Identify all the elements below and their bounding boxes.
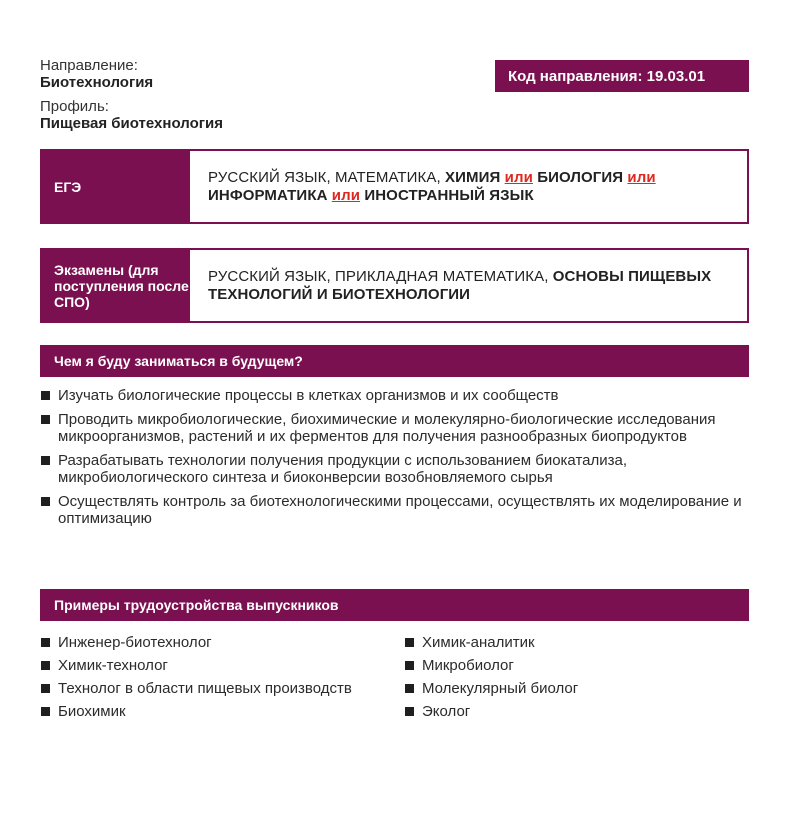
subject-text: ХИМИЯ bbox=[445, 169, 500, 186]
list-item: Проводить микробиологические, биохимичес… bbox=[40, 411, 749, 446]
list-item: Химик-аналитик bbox=[404, 634, 749, 652]
exam-row-ege: ЕГЭ РУССКИЙ ЯЗЫК, МАТЕМАТИКА, ХИМИЯ или … bbox=[40, 149, 749, 224]
list-item-text: Молекулярный биолог bbox=[422, 680, 578, 697]
jobs-column-2: Химик-аналитикМикробиологМолекулярный би… bbox=[404, 634, 749, 726]
bullet-square-icon bbox=[41, 684, 50, 693]
profile-label: Профиль: bbox=[40, 98, 109, 116]
jobs-list-2: Химик-аналитикМикробиологМолекулярный би… bbox=[404, 634, 749, 721]
list-item-text: Проводить микробиологические, биохимичес… bbox=[58, 411, 715, 446]
bullet-square-icon bbox=[405, 684, 414, 693]
subject-text: ИНФОРМАТИКА bbox=[208, 187, 328, 204]
list-item-text: Инженер-биотехнолог bbox=[58, 634, 212, 651]
bullet-square-icon bbox=[405, 661, 414, 670]
list-item-text: Микробиолог bbox=[422, 657, 514, 674]
exam-subjects: РУССКИЙ ЯЗЫК, ПРИКЛАДНАЯ МАТЕМАТИКА, ОСН… bbox=[190, 250, 747, 321]
exam-row-title: ЕГЭ bbox=[42, 151, 190, 222]
future-list: Изучать биологические процессы в клетках… bbox=[40, 387, 749, 528]
jobs-section-heading: Примеры трудоустройства выпускников bbox=[40, 589, 749, 621]
list-item-text: Эколог bbox=[422, 703, 470, 720]
bullet-square-icon bbox=[41, 497, 50, 506]
subject-text: РУССКИЙ ЯЗЫК, ПРИКЛАДНАЯ МАТЕМАТИКА, bbox=[208, 268, 553, 285]
list-item: Изучать биологические процессы в клетках… bbox=[40, 387, 749, 405]
exam-subjects: РУССКИЙ ЯЗЫК, МАТЕМАТИКА, ХИМИЯ или БИОЛ… bbox=[190, 151, 747, 222]
list-item-text: Осуществлять контроль за биотехнологичес… bbox=[58, 493, 742, 528]
jobs-list-1: Инженер-биотехнологХимик-технологТехноло… bbox=[40, 634, 400, 721]
subject-text: РУССКИЙ ЯЗЫК, МАТЕМАТИКА, bbox=[208, 169, 445, 186]
future-list-container: Изучать биологические процессы в клетках… bbox=[40, 387, 749, 534]
direction-label: Направление: bbox=[40, 57, 138, 75]
bullet-square-icon bbox=[41, 638, 50, 647]
subject-text: БИОЛОГИЯ bbox=[537, 169, 623, 186]
direction-value: Биотехнология bbox=[40, 74, 153, 92]
bullet-square-icon bbox=[41, 661, 50, 670]
list-item: Инженер-биотехнолог bbox=[40, 634, 400, 652]
list-item-text: Химик-аналитик bbox=[422, 634, 535, 651]
bullet-square-icon bbox=[41, 415, 50, 424]
list-item-text: Изучать биологические процессы в клетках… bbox=[58, 387, 559, 404]
bullet-square-icon bbox=[41, 707, 50, 716]
jobs-column-1: Инженер-биотехнологХимик-технологТехноло… bbox=[40, 634, 400, 726]
list-item: Химик-технолог bbox=[40, 657, 400, 675]
list-item-text: Биохимик bbox=[58, 703, 126, 720]
future-section-heading: Чем я буду заниматься в будущем? bbox=[40, 345, 749, 377]
list-item: Разрабатывать технологии получения проду… bbox=[40, 452, 749, 487]
or-connector: или bbox=[627, 169, 655, 186]
exam-row-title: Экзамены (для поступления после СПО) bbox=[42, 250, 190, 321]
list-item-text: Химик-технолог bbox=[58, 657, 168, 674]
list-item-text: Разрабатывать технологии получения проду… bbox=[58, 452, 627, 487]
bullet-square-icon bbox=[405, 638, 414, 647]
profile-value: Пищевая биотехнология bbox=[40, 115, 223, 133]
list-item: Микробиолог bbox=[404, 657, 749, 675]
bullet-square-icon bbox=[41, 456, 50, 465]
or-connector: или bbox=[332, 187, 360, 204]
list-item: Молекулярный биолог bbox=[404, 680, 749, 698]
exam-row-spo: Экзамены (для поступления после СПО) РУС… bbox=[40, 248, 749, 323]
list-item: Осуществлять контроль за биотехнологичес… bbox=[40, 493, 749, 528]
or-connector: или bbox=[505, 169, 533, 186]
list-item: Эколог bbox=[404, 703, 749, 721]
list-item-text: Технолог в области пищевых производств bbox=[58, 680, 352, 697]
list-item: Биохимик bbox=[40, 703, 400, 721]
bullet-square-icon bbox=[41, 391, 50, 400]
bullet-square-icon bbox=[405, 707, 414, 716]
subject-text: ИНОСТРАННЫЙ ЯЗЫК bbox=[364, 187, 533, 204]
list-item: Технолог в области пищевых производств bbox=[40, 680, 400, 698]
direction-code-badge: Код направления: 19.03.01 bbox=[495, 60, 749, 92]
